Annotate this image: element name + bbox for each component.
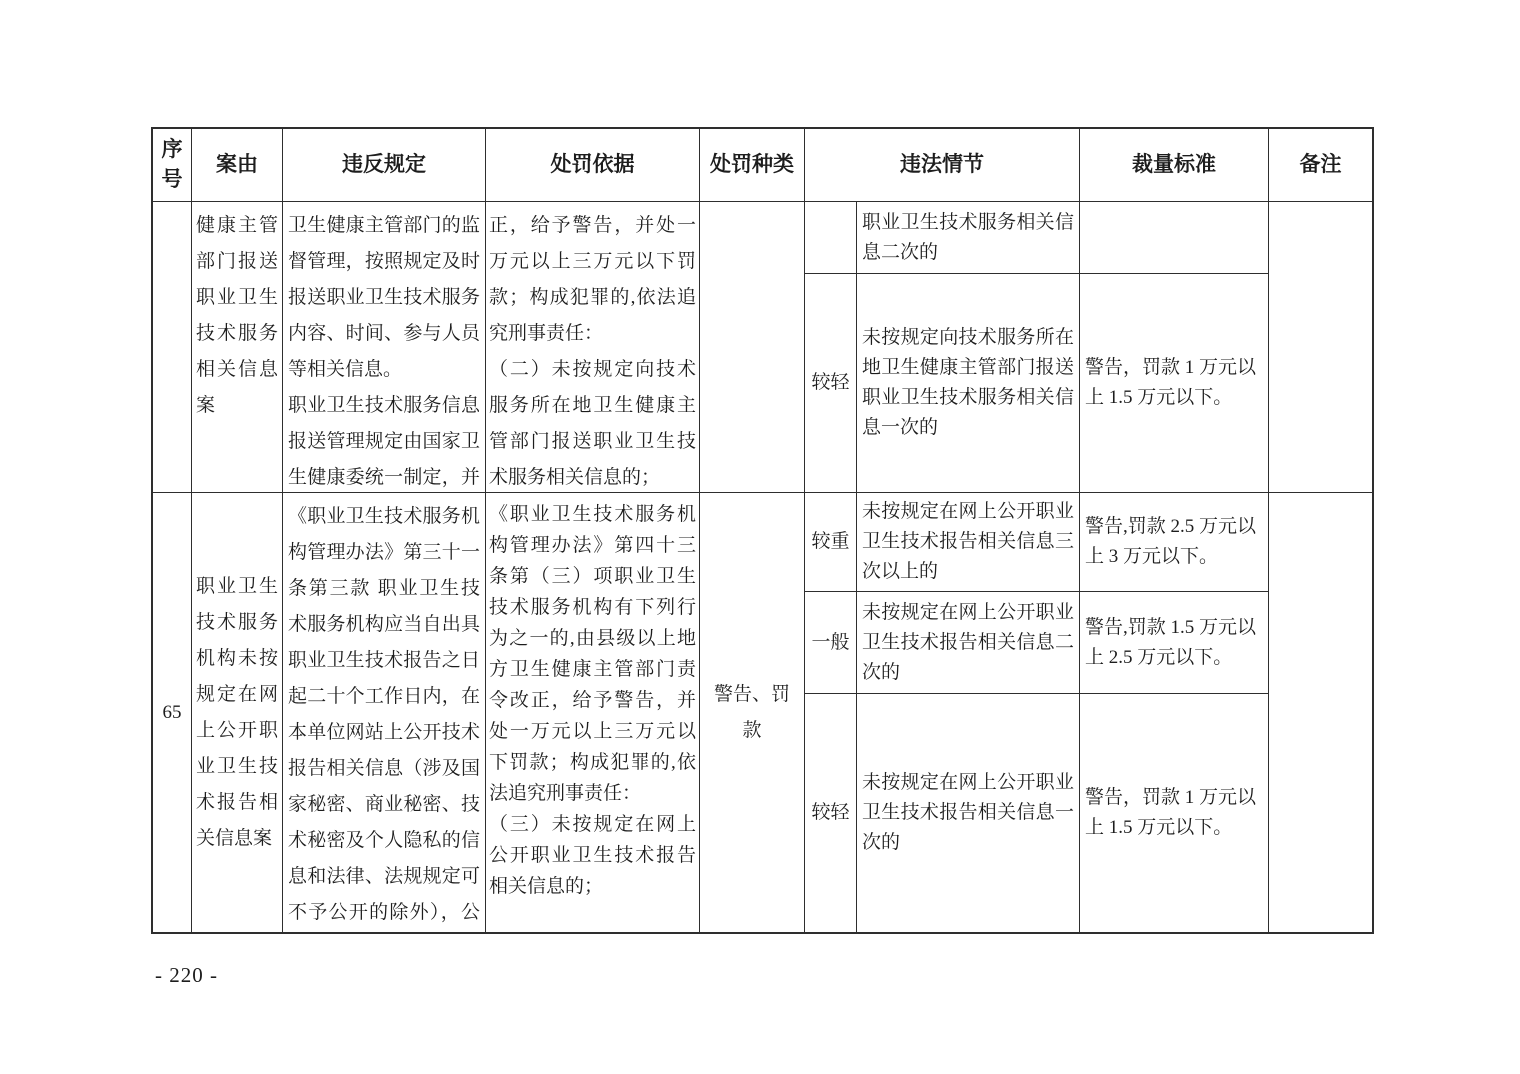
document-page: { "page": { "footer_page_number": "- 220… — [0, 0, 1520, 1074]
case2-subrow2-circumstance-cell: 未按规定在网上公开职业卫生技术报告相关信息二次的 — [857, 592, 1080, 694]
case2-violation-paragraph-1: 《职业卫生技术服务机构管理办法》第三十一条第三款 职业卫生技术服务机构应当自出具… — [288, 499, 480, 932]
case2-subrow3-circumstance-cell: 未按规定在网上公开职业卫生技术报告相关信息一次的 — [857, 694, 1080, 932]
column-header-circumstance: 违法情节 — [805, 129, 1080, 202]
case2-basis-paragraph-2: （三）未按规定在网上公开职业卫生技术报告相关信息的； — [489, 809, 696, 902]
case1-violation-paragraph-1: 卫生健康主管部门的监督管理，按照规定及时报送职业卫生技术服务内容、时间、参与人员… — [288, 208, 480, 388]
case2-subrow1-circumstance-cell: 未按规定在网上公开职业卫生技术报告相关信息三次以上的 — [857, 493, 1080, 592]
case1-remark-cell — [1269, 202, 1372, 493]
case2-subrow3-standard-cell: 警告，罚款 1 万元以上 1.5 万元以下。 — [1080, 694, 1269, 932]
column-header-no: 序号 — [153, 129, 192, 202]
case2-subrow2-standard-cell: 警告,罚款 1.5 万元以上 2.5 万元以下。 — [1080, 592, 1269, 694]
case2-no-cell: 65 — [153, 493, 192, 932]
column-header-violation: 违反规定 — [283, 129, 486, 202]
case1-subrow1-standard-cell — [1080, 202, 1269, 274]
case1-violation-cell: 卫生健康主管部门的监督管理，按照规定及时报送职业卫生技术服务内容、时间、参与人员… — [283, 202, 486, 493]
case1-basis-paragraph-1: 正，给予警告，并处一万元以上三万元以下罚款；构成犯罪的,依法追究刑事责任： — [489, 208, 696, 352]
case2-violation-cell: 《职业卫生技术服务机构管理办法》第三十一条第三款 职业卫生技术服务机构应当自出具… — [283, 493, 486, 932]
column-header-standard: 裁量标准 — [1080, 129, 1269, 202]
case2-basis-cell: 《职业卫生技术服务机构管理办法》第四十三条第（三）项职业卫生技术服务机构有下列行… — [486, 493, 700, 932]
column-header-remark: 备注 — [1269, 129, 1372, 202]
case1-violation-paragraph-2: 职业卫生技术服务信息报送管理规定由国家卫生健康委统一制定，并向社会公布。 — [288, 388, 480, 493]
penalty-discretion-table: 序号 案由 违反规定 处罚依据 处罚种类 违法情节 裁量标准 备注 健康主管部门… — [151, 127, 1374, 934]
case1-subrow1-level-cell — [805, 202, 857, 274]
case1-title-cell: 健康主管部门报送职业卫生技术服务相关信息案 — [192, 202, 283, 493]
case2-penalty-types-cell: 警告、罚款 — [700, 493, 805, 932]
case2-subrow1-standard-cell: 警告,罚款 2.5 万元以上 3 万元以下。 — [1080, 493, 1269, 592]
case1-subrow2-circumstance-cell: 未按规定向技术服务所在地卫生健康主管部门报送职业卫生技术服务相关信息一次的 — [857, 274, 1080, 493]
case2-title-cell: 职业卫生技术服务机构未按规定在网上公开职业卫生技术报告相关信息案 — [192, 493, 283, 932]
case1-basis-paragraph-2: （二）未按规定向技术服务所在地卫生健康主管部门报送职业卫生技术服务相关信息的； — [489, 352, 696, 493]
case2-remark-cell — [1269, 493, 1372, 932]
case1-subrow2-level-cell: 较轻 — [805, 274, 857, 493]
case1-basis-cell: 正，给予警告，并处一万元以上三万元以下罚款；构成犯罪的,依法追究刑事责任： （二… — [486, 202, 700, 493]
case2-subrow1-level-cell: 较重 — [805, 493, 857, 592]
page-number: - 220 - — [155, 963, 218, 988]
case1-penalty-types-cell — [700, 202, 805, 493]
column-header-basis: 处罚依据 — [486, 129, 700, 202]
case2-subrow2-level-cell: 一般 — [805, 592, 857, 694]
case1-subrow2-standard-cell: 警告，罚款 1 万元以上 1.5 万元以下。 — [1080, 274, 1269, 493]
column-header-case: 案由 — [192, 129, 283, 202]
case2-basis-paragraph-1: 《职业卫生技术服务机构管理办法》第四十三条第（三）项职业卫生技术服务机构有下列行… — [489, 499, 696, 809]
case1-no-cell — [153, 202, 192, 493]
column-header-types: 处罚种类 — [700, 129, 805, 202]
case2-subrow3-level-cell: 较轻 — [805, 694, 857, 932]
case1-subrow1-circumstance-cell: 职业卫生技术服务相关信息二次的 — [857, 202, 1080, 274]
